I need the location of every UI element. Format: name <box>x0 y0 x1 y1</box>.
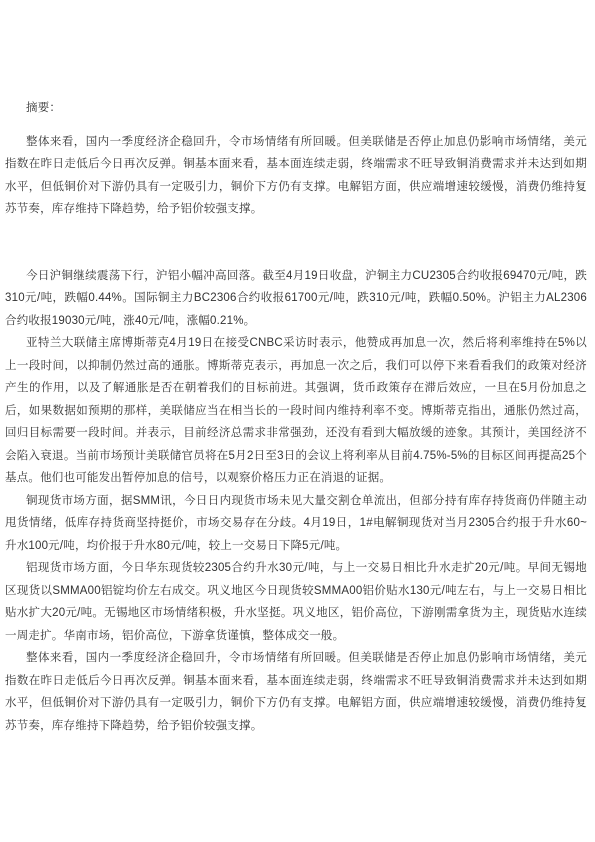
paragraph-market-overview: 整体来看，国内一季度经济企稳回升，令市场情绪有所回暖。但美联储是否停止加息仍影响… <box>5 131 587 221</box>
document-content: 摘要： 整体来看，国内一季度经济企稳回升，令市场情绪有所回暖。但美联储是否停止加… <box>5 97 587 737</box>
paragraph-aluminum-spot-market: 铝现货市场方面，今日华东现货较2305合约升水30元/吨，与上一交易日相比升水走… <box>5 557 587 647</box>
paragraph-copper-spot-market: 铜现货市场方面，据SMM讯，今日日内现货市场未见大量交割仓单流出，但部分持有库存… <box>5 490 587 558</box>
paragraph-fed-bostic-comments: 亚特兰大联储主席博斯蒂克4月19日在接受CNBC采访时表示，他赞成再加息一次，然… <box>5 332 587 490</box>
summary-heading: 摘要： <box>5 97 587 120</box>
document-page: 摘要： 整体来看，国内一季度经济企稳回升，令市场情绪有所回暖。但美联储是否停止加… <box>0 0 595 842</box>
paragraph-market-overview-repeat: 整体来看，国内一季度经济企稳回升，令市场情绪有所回暖。但美联储是否停止加息仍影响… <box>5 647 587 737</box>
paragraph-futures-close: 今日沪铜继续震荡下行，沪铝小幅冲高回落。截至4月19日收盘，沪铜主力CU2305… <box>5 265 587 333</box>
